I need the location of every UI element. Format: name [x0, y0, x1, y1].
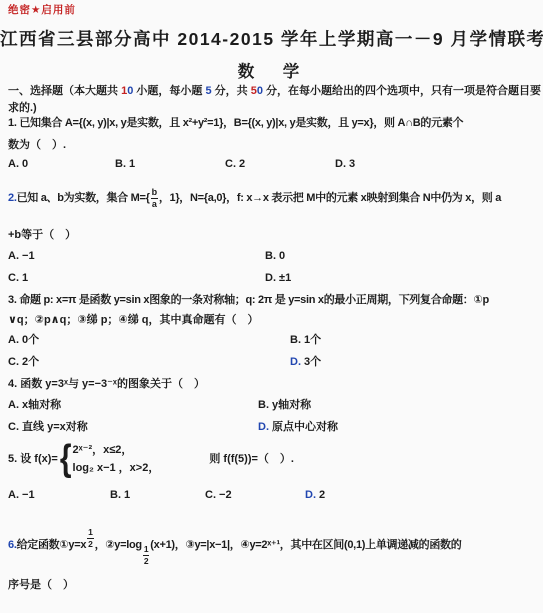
- q5-option-d-letter: D.: [305, 489, 316, 501]
- q3-option-d: D. 3个: [290, 355, 321, 370]
- q5-option-b: B. 1: [110, 488, 205, 503]
- q4-options-row1: A. x轴对称B. y轴对称: [8, 398, 541, 413]
- q2-option-b: B. 0: [265, 249, 285, 264]
- q4-options-row2: C. 直线 y=x对称D. 原点中心对称: [8, 420, 541, 435]
- fraction-numerator: 1: [87, 528, 93, 539]
- fraction-numerator: 1: [143, 545, 149, 556]
- q4-option-a: A. x轴对称: [8, 398, 258, 413]
- q1-option-a: A. 0: [8, 157, 115, 172]
- section-text-3: 分，共: [212, 85, 251, 97]
- q4-option-d-letter: D.: [258, 421, 269, 433]
- fraction-b-over-a: ba: [151, 188, 158, 209]
- q4-option-b: B. y轴对称: [258, 398, 311, 413]
- q3-option-d-text: 3个: [301, 356, 321, 368]
- q5-options-row: A. −1B. 1C. −2D. 2: [8, 488, 541, 503]
- exponent-fraction-1-over-2: 12: [87, 528, 93, 548]
- fraction-denominator: a: [152, 199, 157, 209]
- q2-stem-line1: 2. 已知 a、b为实数，集合 M={ba，1}，N={a,0}，f: x→x …: [8, 180, 541, 216]
- paper-title: 江西省三县部分高中 2014-2015 学年上学期高一－9 月学情联考: [0, 26, 543, 51]
- q2-option-c: C. 1: [8, 271, 265, 286]
- q6-number: 6.: [8, 538, 17, 553]
- security-classification: 绝密★启用前: [8, 2, 541, 17]
- exam-paper-page: 绝密★启用前 江西省三县部分高中 2014-2015 学年上学期高一－9 月学情…: [0, 0, 543, 613]
- q2-number: 2.: [8, 191, 17, 206]
- q3-option-d-letter: D.: [290, 356, 301, 368]
- q6-stem-line2: 序号是（ ）: [8, 578, 541, 593]
- q4-option-c: C. 直线 y=x对称: [8, 420, 258, 435]
- q5-option-d: D. 2: [305, 488, 325, 503]
- q6-text-3: (x+1)，③y=|x−1|，④y=2ˣ⁺¹，其中在区间(0,1)上单调递减的函…: [150, 538, 461, 553]
- q4-stem: 4. 函数 y=3ˣ与 y=−3⁻ˣ的图象关于（ ）: [8, 377, 541, 392]
- q2-text-post: ，1}，N={a,0}，f: x→x 表示把 M中的元素 x映射到集合 N中仍为…: [159, 191, 501, 206]
- q5-question-text: 则 f(f(5))=（ ）.: [209, 452, 294, 467]
- q3-options-row2: C. 2个D. 3个: [8, 355, 541, 370]
- q6-text-1: 给定函数①y=x: [17, 538, 87, 553]
- q4-option-d-text: 原点中心对称: [269, 421, 338, 433]
- q2-stem-line2: +b等于（ ）: [8, 228, 541, 243]
- piecewise-case-1: 2ˣ⁻²，x≤2，: [73, 443, 160, 458]
- q1-option-c: C. 2: [225, 157, 335, 172]
- q2-options-row2: C. 1D. ±1: [8, 271, 541, 286]
- q1-stem-line2: 数为（ ）.: [8, 138, 541, 153]
- section-text-4: 分，在每小题给出的四个选项中，只有一项是符合题目要: [263, 85, 541, 97]
- q3-option-b: B. 1个: [290, 333, 321, 348]
- q2-options-row1: A. −1B. 0: [8, 249, 541, 264]
- fraction-numerator: b: [151, 188, 158, 199]
- q5-option-d-text: 2: [316, 489, 325, 501]
- piecewise-cases: 2ˣ⁻²，x≤2，log₂ x−1 ，x>2，: [73, 443, 160, 476]
- subject-title: 数 学: [0, 58, 543, 82]
- section-text-1: 一、选择题（本大题共: [8, 85, 121, 97]
- q3-stem-line2: ∨q；②p∧q；③绨 p；④绨 q，其中真命题有（ ）: [8, 313, 541, 328]
- q5-text-pre: 5. 设 f(x)=: [8, 452, 58, 467]
- log-base-fraction-1-over-2: 12: [143, 545, 149, 565]
- q3-option-c: C. 2个: [8, 355, 290, 370]
- piecewise-case-2: log₂ x−1 ，x>2，: [73, 461, 160, 476]
- q6-text-2: ，②y=log: [95, 538, 142, 553]
- left-brace: {: [60, 440, 72, 478]
- q5-option-c: C. −2: [205, 488, 305, 503]
- q1-stem-line1: 1. 已知集合 A={(x, y)|x, y是实数，且 x²+y²=1}，B={…: [8, 116, 541, 131]
- q3-option-a: A. 0个: [8, 333, 290, 348]
- q3-stem-line1: 3. 命题 p: x=π 是函数 y=sin x图象的一条对称轴；q: 2π 是…: [8, 293, 541, 308]
- q4-option-d: D. 原点中心对称: [258, 420, 338, 435]
- q5-stem: 5. 设 f(x)={2ˣ⁻²，x≤2，log₂ x−1 ，x>2，则 f(f(…: [8, 437, 541, 481]
- q2-text-pre: 已知 a、b为实数，集合 M={: [17, 191, 150, 206]
- q1-option-d: D. 3: [335, 157, 355, 172]
- fraction-denominator: 2: [144, 556, 148, 566]
- fraction-denominator: 2: [88, 539, 92, 549]
- section-text-2: 小题，每小题: [133, 85, 205, 97]
- q5-option-a: A. −1: [8, 488, 110, 503]
- section-heading-line2: 求的.): [8, 101, 541, 116]
- q1-options-row: A. 0B. 1C. 2D. 3: [8, 157, 541, 172]
- q2-option-d: D. ±1: [265, 271, 291, 286]
- q6-stem: 6. 给定函数①y=x12，②y=log12 (x+1)，③y=|x−1|，④y…: [8, 523, 541, 567]
- section-heading-line1: 一、选择题（本大题共 10 小题，每小题 5 分，共 50 分，在每小题给出的四…: [8, 84, 541, 99]
- q3-options-row1: A. 0个B. 1个: [8, 333, 541, 348]
- q1-option-b: B. 1: [115, 157, 225, 172]
- q2-option-a: A. −1: [8, 249, 265, 264]
